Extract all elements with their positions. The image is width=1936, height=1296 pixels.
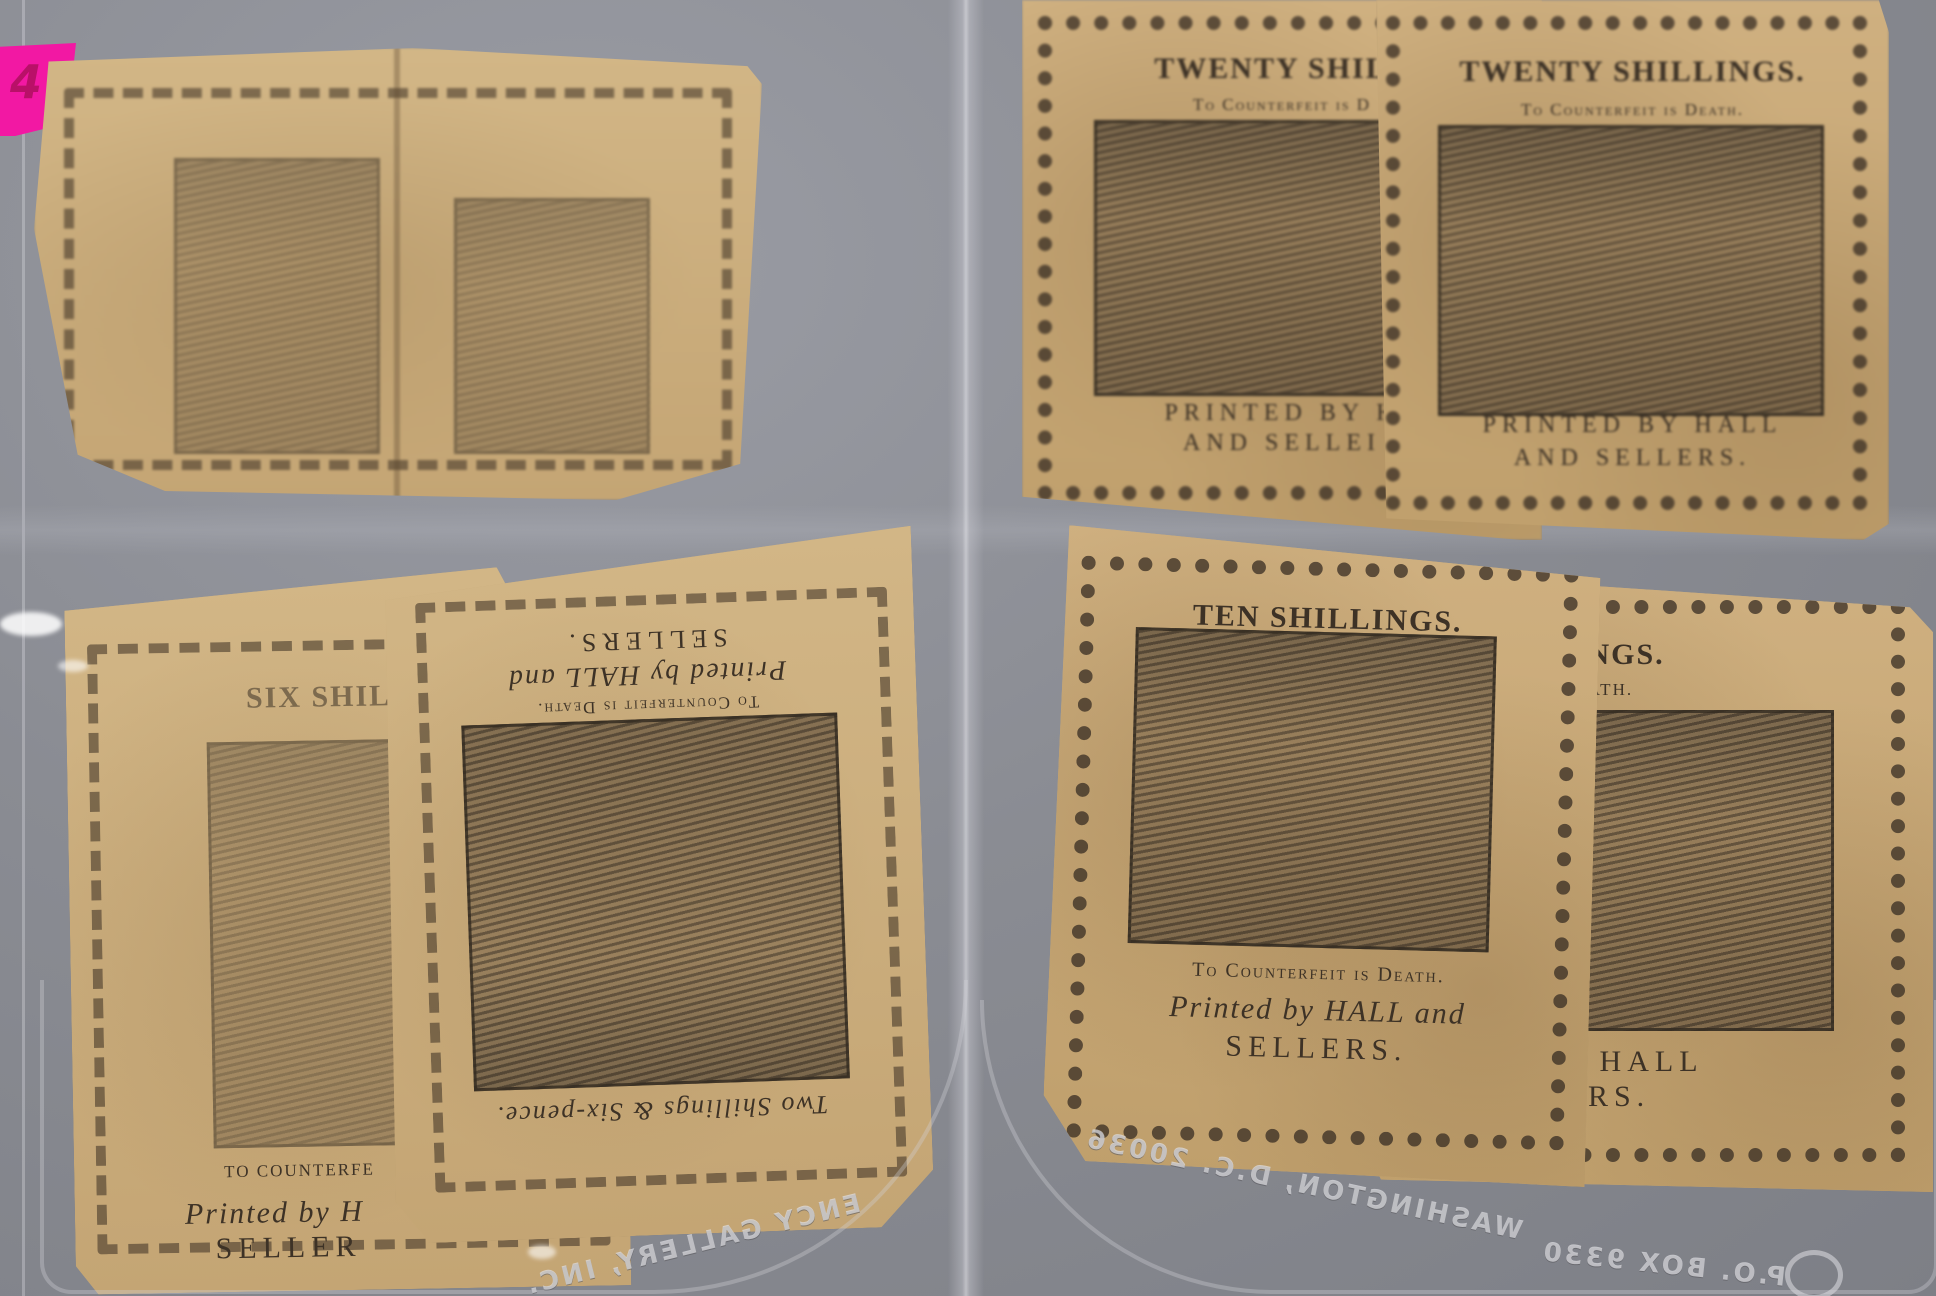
glare (58, 660, 88, 672)
holder-ring (1785, 1250, 1843, 1296)
glare (0, 612, 62, 636)
note-twenty-shillings-b: TWENTY SHILLINGS. To Counterfeit is Deat… (1376, 0, 1889, 540)
note-top-left (34, 48, 762, 500)
fold-crease (394, 48, 400, 500)
holder-center-divider (948, 0, 984, 1296)
glare (528, 1245, 556, 1259)
inventory-tag-number: 4 (10, 55, 42, 109)
sleeve-edge-left (22, 0, 25, 1296)
